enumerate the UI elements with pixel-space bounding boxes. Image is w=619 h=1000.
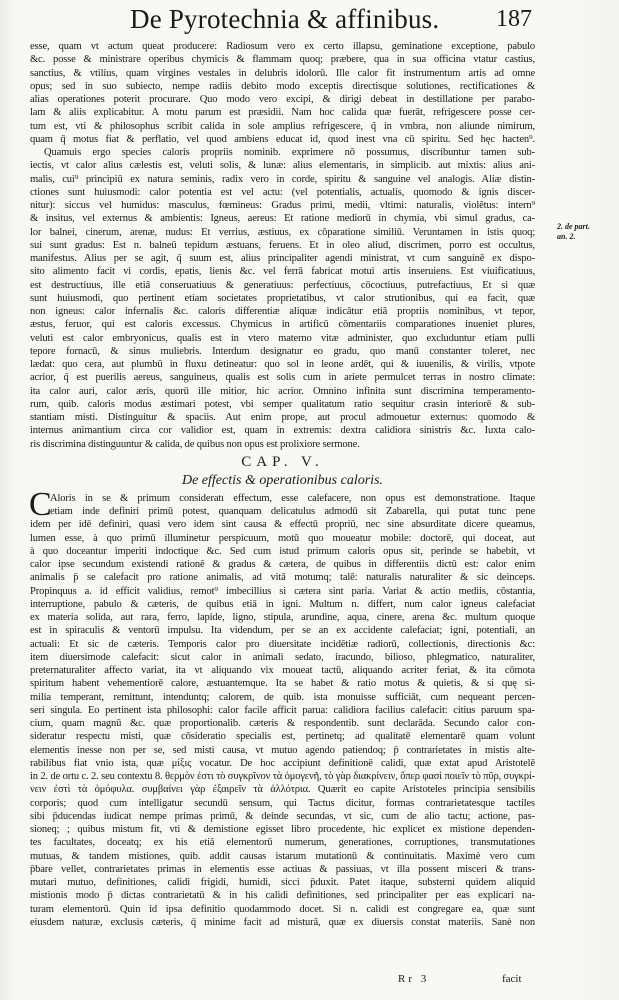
text-line: veluti est calor embryonicus, qualis est… — [30, 332, 535, 345]
text-line: milia temperant, remittunt, intenduntq; … — [30, 691, 535, 704]
text-line: stantiam misti. Distinguitur & spaciis. … — [30, 411, 535, 424]
text-line: p̄bare vellet, contrarietates primas in … — [30, 863, 535, 876]
text-line: opus; sed in suo subiecto, nempe radiis … — [30, 80, 535, 93]
signature-mark: Rr 3 — [398, 973, 429, 985]
text-line: quam q̄ motus fiat & perflatio, vel quod… — [30, 133, 535, 146]
text-line: tes facultates, doceatq; ex his etiā ele… — [30, 836, 535, 849]
text-line: iectis, vt calor alius cælestis est, vel… — [30, 159, 535, 172]
text-line: seri singula. Eo pertinent ista philosop… — [30, 704, 535, 717]
text-line: sito alimento facit vi cordis, epatis, l… — [30, 265, 535, 278]
text-line: malis, cui⁹ principiū ex natura seminis,… — [30, 173, 535, 186]
text-line: preternaturaliter affecto variat, ita vt… — [30, 664, 535, 677]
text-line: & insitus, vel externus & ambientis: Ign… — [30, 212, 535, 225]
text-line: ita calor auri, calor æris, quorū ille m… — [30, 385, 535, 398]
chapter-heading: CAP. V. — [30, 453, 535, 471]
chapter-title: De effectis & operationibus caloris. — [30, 471, 535, 491]
text-line: calor ipse secundum existendi rationē & … — [30, 558, 535, 571]
text-line: lumen esse, à quo primū illuminetur pers… — [30, 532, 535, 545]
text-line: rabilibus fiat vnio ista, quæ μίξις voca… — [30, 757, 535, 770]
text-line: Quamuis ergo species caloris propriis no… — [30, 146, 535, 159]
text-line: Propinquus a. id efficit validius, remot… — [30, 585, 535, 598]
margin-note-line: an. 2. — [557, 232, 617, 242]
chapter-body: C Aloris in se & primum consideratı effe… — [30, 492, 535, 929]
text-line: est in spiraculis & ventorū impulsu. Ita… — [30, 624, 535, 637]
text-line: in 2. de ortu c. 2. seu contextu 8. θερμ… — [30, 770, 535, 783]
text-line: sideratur respectu misti, quæ cōsiderati… — [30, 730, 535, 743]
text-line: eiusdem naturæ, exclusis cæteris, q̄ min… — [30, 916, 535, 929]
paragraph-species-caloris: Quamuis ergo species caloris propriis no… — [30, 146, 535, 451]
text-line: internus animantium circa cor validior e… — [30, 424, 535, 437]
text-line: sui sunt gradus: Est n. balneū tepidum æ… — [30, 239, 535, 252]
text-line: sibi p̄ducendas iudicat nempe primas pri… — [30, 810, 535, 823]
text-line: ctiones sunt huiusmodi: calor potentia e… — [30, 186, 535, 199]
running-head: De Pyrotechnia & affinibus. 187 — [130, 4, 530, 38]
text-line: nitur): siccus vel humidus: masculus, fœ… — [30, 199, 535, 212]
text-line: Aloris in se & primum consideratı effect… — [30, 492, 535, 505]
text-column: esse, quam vt actum queat producere: Rad… — [30, 40, 535, 929]
text-line: νειν ἐστὶ τὰ ὁμόφυλα. συμβαίνει γὰρ ἐξαι… — [30, 783, 535, 796]
text-line: ris discrimina distinguuntur & calida, d… — [30, 438, 535, 451]
text-line: non igneus: calor infernalis &c. caloris… — [30, 305, 535, 318]
text-line: ex materia solida, aut rara, ferro, lapi… — [30, 611, 535, 624]
text-line: animalis p̄ se calefacit pro ratione ani… — [30, 571, 535, 584]
running-title: De Pyrotechnia & affinibus. — [130, 4, 439, 35]
text-line: esse, quam vt actum queat producere: Rad… — [30, 40, 535, 53]
text-line: turam elementorū. Quin id ipsa definitio… — [30, 903, 535, 916]
text-line: actuali: Et sic de cæteris. Temporis cal… — [30, 638, 535, 651]
margin-note-line: 2. de part. — [557, 222, 617, 232]
paragraph-continued: esse, quam vt actum queat producere: Rad… — [30, 40, 535, 146]
text-line: tepore fornacū, & sinus muliebris. Inter… — [30, 345, 535, 358]
text-line: sunt huiusmodi, quo pertinent etiam soci… — [30, 292, 535, 305]
text-line: etiam inde definiri primū potest, quanqu… — [30, 505, 535, 518]
text-line: spiritum habent vehementiorē calore, æst… — [30, 677, 535, 690]
text-line: cium, quam magnū &c. quæ proportionalib.… — [30, 717, 535, 730]
text-line: elementis inesse non per se, sed misti c… — [30, 744, 535, 757]
text-line: lædat: quo cera, aut plumbū in fluxu det… — [30, 358, 535, 371]
text-line: manifestus. Alius per se agit, q̄ suum e… — [30, 252, 535, 265]
text-line: rum, quib. caloris modus æstimari potest… — [30, 398, 535, 411]
catchword: facit — [502, 973, 522, 985]
text-line: &c. posse & ministrare operibus chymicis… — [30, 53, 535, 66]
margin-note: 2. de part. an. 2. — [557, 222, 617, 242]
text-line: à quo doceantur imperiti indoctique &c. … — [30, 545, 535, 558]
text-line: æstus, feruor, qui est caloris excessus.… — [30, 318, 535, 331]
text-line: alias operationes poterit procurare. Quo… — [30, 93, 535, 106]
drop-cap: C — [29, 490, 52, 520]
text-line: interruptione, pabulo & cæteris, de quib… — [30, 598, 535, 611]
text-line: mistionis modo p̄ dictas contrarietatū &… — [30, 889, 535, 902]
text-line: item diuersimode calefacit: sicut calor … — [30, 651, 535, 664]
book-page: De Pyrotechnia & affinibus. 187 2. de pa… — [0, 0, 619, 1000]
text-line: idem per idē definiri, quasi vero idem s… — [30, 518, 535, 531]
text-line: mutuas, & tandem mistiones, quib. addit … — [30, 850, 535, 863]
text-line: mutari mutuo, definitiones, calidi frigi… — [30, 876, 535, 889]
text-line: acrior, q̃ est puerilis aereus, sanguine… — [30, 371, 535, 384]
page-number: 187 — [496, 6, 532, 33]
text-line: lor balnei, cinerum, arenæ, nudus: Et ve… — [30, 226, 535, 239]
text-line: lam & aliis explicabitur. A motu parum e… — [30, 106, 535, 119]
text-line: sioneq; ; quibus mistum fit, vti & demis… — [30, 823, 535, 836]
text-line: corporis; quod cum intelligatur secundū … — [30, 797, 535, 810]
text-line: tum est, vti & philosophus scribit calid… — [30, 120, 535, 133]
text-line: est destructiuus, ille etiā conseruatiuu… — [30, 279, 535, 292]
text-line: sanctius, & vtilius, quam virgines vesta… — [30, 67, 535, 80]
